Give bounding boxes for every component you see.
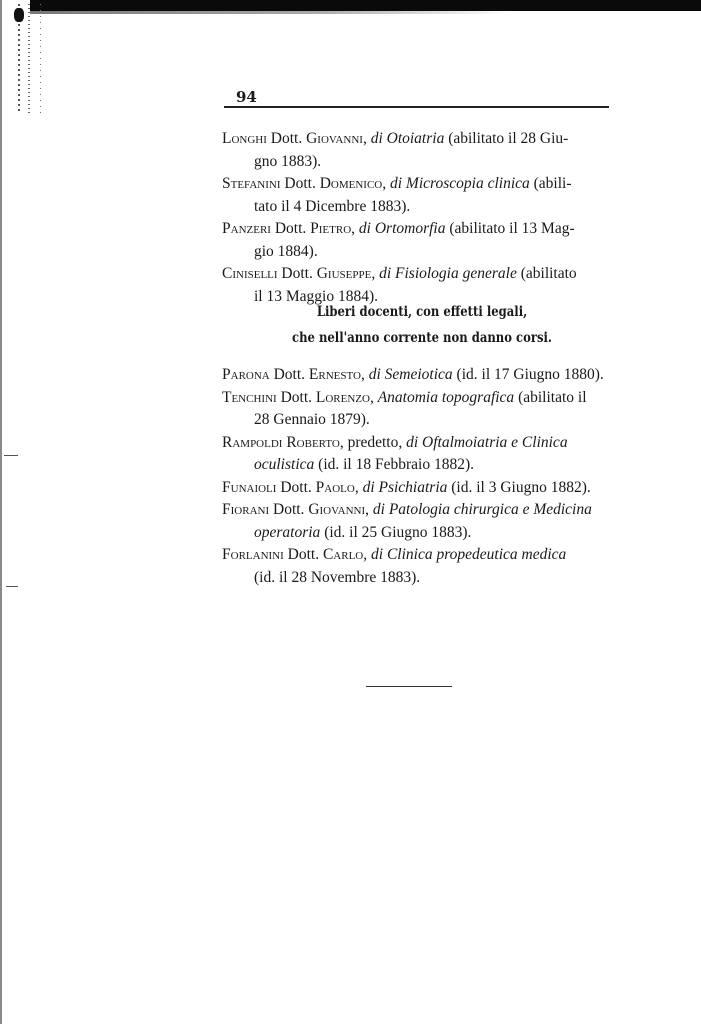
subject: di Otoiatria [371, 130, 445, 147]
subject: di Clinica propedeutica medica [371, 546, 566, 563]
list-item: Forlanini Dott. Carlo, di Clinica proped… [222, 544, 614, 589]
subject: di Psichiatria [363, 479, 448, 496]
subject: di Microscopia clinica [390, 175, 530, 192]
entries-active-list: Longhi Dott. Giovanni, di Otoiatria (abi… [222, 128, 614, 308]
title: Dott. [274, 366, 305, 383]
title: Dott. [281, 389, 312, 406]
detail: (id. il 17 Giugno 1880). [457, 366, 604, 383]
page-number: 94 [236, 88, 257, 106]
surname: Ciniselli [222, 265, 278, 282]
subject: Anatomia topografica [378, 389, 514, 406]
detail-continuation: gno 1883). [222, 151, 614, 174]
list-item: Panzeri Dott. Pietro, di Ortomorfia (abi… [222, 218, 614, 263]
given-name: Giovanni [308, 501, 365, 518]
detail: (abilitato il [518, 389, 586, 406]
detail: (id. il 3 Giugno 1882). [451, 479, 591, 496]
section-heading-line-2: che nell'anno corrente non danno corsi. [250, 325, 594, 351]
surname: Stefanini [222, 175, 281, 192]
title: Dott. [288, 546, 319, 563]
subject-continuation: operatoria [254, 524, 320, 541]
given-name: Roberto [286, 434, 339, 451]
given-name: Domenico [320, 175, 383, 192]
binding-ink-blot [14, 8, 24, 22]
given-name: Giovanni [306, 130, 363, 147]
section-heading-line-1: Liberi docenti, con effetti legali, [250, 299, 594, 325]
entries-inactive-list: Parona Dott. Ernesto, di Semeiotica (id.… [222, 364, 614, 589]
title: Dott. [273, 501, 304, 518]
list-item: Fiorani Dott. Giovanni, di Patologia chi… [222, 499, 614, 544]
scan-top-border-fade [30, 11, 510, 14]
list-item: Tenchini Dott. Lorenzo, Anatomia topogra… [222, 387, 614, 432]
detail-continuation: (id. il 18 Febbraio 1882). [318, 456, 474, 473]
list-item: Rampoldi Roberto, predetto, di Oftalmoia… [222, 432, 614, 477]
subject-continuation: oculistica [254, 456, 314, 473]
title: Dott. [284, 175, 315, 192]
surname: Longhi [222, 130, 267, 147]
subject: di Oftalmoiatria e Clinica [406, 434, 567, 451]
title: Dott. [281, 265, 312, 282]
margin-mark [4, 455, 18, 456]
given-name: Giuseppe [317, 265, 372, 282]
list-item: Stefanini Dott. Domenico, di Microscopia… [222, 173, 614, 218]
list-item: Longhi Dott. Giovanni, di Otoiatria (abi… [222, 128, 614, 173]
scan-left-edge [0, 0, 2, 1024]
detail: (abilitato [521, 265, 577, 282]
list-item: Funaioli Dott. Paolo, di Psichiatria (id… [222, 477, 614, 500]
scan-top-border [30, 0, 701, 11]
surname: Fiorani [222, 501, 269, 518]
title: Dott. [280, 479, 311, 496]
subject: di Fisiologia generale [379, 265, 517, 282]
detail-continuation: 28 Gennaio 1879). [222, 409, 614, 432]
subject: di Patologia chirurgica e Medicina [373, 501, 592, 518]
given-name: Ernesto [309, 366, 361, 383]
surname: Rampoldi [222, 434, 282, 451]
detail: (abilitato il 13 Mag- [449, 220, 574, 237]
section-heading: Liberi docenti, con effetti legali, che … [250, 299, 594, 351]
note: predetto, [348, 434, 403, 451]
given-name: Carlo [323, 546, 363, 563]
detail-continuation: (id. il 25 Giugno 1883). [324, 524, 471, 541]
given-name: Lorenzo [316, 389, 370, 406]
detail: (abilitato il 28 Giu- [448, 130, 568, 147]
surname: Parona [222, 366, 270, 383]
detail-continuation: (id. il 28 Novembre 1883). [222, 567, 614, 590]
subject: di Ortomorfia [359, 220, 446, 237]
surname: Panzeri [222, 220, 271, 237]
list-item: Parona Dott. Ernesto, di Semeiotica (id.… [222, 364, 614, 387]
surname: Forlanini [222, 546, 284, 563]
detail-continuation: gio 1884). [222, 241, 614, 264]
title: Dott. [271, 130, 302, 147]
surname: Funaioli [222, 479, 276, 496]
given-name: Paolo [316, 479, 355, 496]
subject: di Semeiotica [369, 366, 453, 383]
detail-continuation: tato il 4 Dicembre 1883). [222, 196, 614, 219]
header-rule [224, 106, 609, 108]
title: Dott. [275, 220, 306, 237]
end-rule [366, 686, 452, 687]
detail: (abili- [534, 175, 572, 192]
surname: Tenchini [222, 389, 277, 406]
given-name: Pietro [310, 220, 351, 237]
margin-mark [6, 586, 18, 587]
